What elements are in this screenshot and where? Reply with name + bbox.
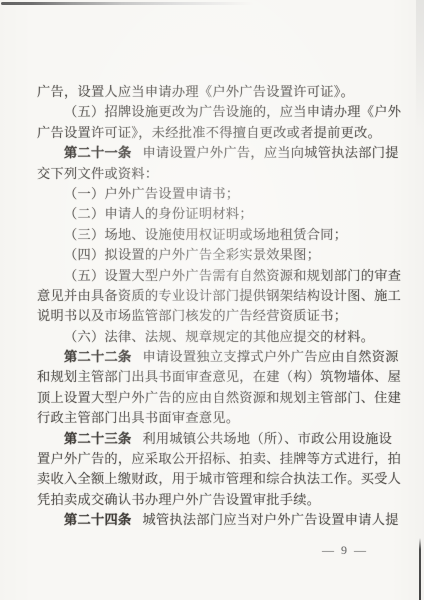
- line-text: 城管执法部门应当对户外广告设置申请人提: [142, 512, 398, 527]
- text-line: 第二十一条申请设置户外广告，应当向城管执法部门提: [37, 143, 397, 163]
- line-text: 交下列文件或资料：: [37, 166, 158, 181]
- text-line: 凭拍卖成交确认书办理户外广告设置审批手续。: [37, 490, 397, 510]
- line-text: （五）招牌设施更改为广告设施的，应当申请办理《户外: [64, 104, 401, 119]
- line-text: （一）户外广告设置申请书；: [64, 186, 239, 201]
- line-text: 意见并由具备资质的专业设计部门提供钢架结构设计图、施工: [37, 288, 401, 303]
- text-line: （五）设置大型户外广告需有自然资源和规划部门的审查: [37, 266, 397, 286]
- scanned-document-page: 广告，设置人应当申请办理《户外广告设置许可证》。（五）招牌设施更改为广告设施的，…: [0, 0, 424, 600]
- line-text: 申请设置户外广告，应当向城管执法部门提: [142, 145, 398, 160]
- text-line: 和规划主管部门出具书面审查意见，在建（构）筑物墙体、屋: [37, 367, 397, 387]
- scan-artifact-top-edge: [1, 2, 253, 5]
- text-line: 第二十二条申请设置独立支撑式户外广告应由自然资源: [37, 347, 397, 367]
- line-text: （三）场地、设施使用权证明或场地租赁合同；: [64, 227, 347, 242]
- document-lines: 广告，设置人应当申请办理《户外广告设置许可证》。（五）招牌设施更改为广告设施的，…: [37, 82, 397, 531]
- line-text: 凭拍卖成交确认书办理户外广告设置审批手续。: [37, 492, 320, 507]
- article-number: 第二十二条: [64, 349, 131, 364]
- line-text: 顶上设置大型户外广告的应由自然资源和规划主管部门、住建: [37, 390, 401, 405]
- text-line: （二）申请人的身份证明材料；: [37, 204, 397, 224]
- article-number: 第二十三条: [64, 431, 131, 446]
- text-line: 交下列文件或资料：: [37, 164, 397, 184]
- line-text: 和规划主管部门出具书面审查意见，在建（构）筑物墙体、屋: [37, 369, 401, 384]
- line-text: （五）设置大型户外广告需有自然资源和规划部门的审查: [64, 268, 401, 283]
- text-line: （六）法律、法规、规章规定的其他应提交的材料。: [37, 327, 397, 347]
- line-text: 置户外广告的，应采取公开招标、拍卖、挂牌等方式进行，拍: [37, 451, 401, 466]
- scan-artifact-right-shade: [416, 0, 424, 130]
- article-number: 第二十四条: [64, 512, 131, 527]
- line-text: 申请设置独立支撑式户外广告应由自然资源: [142, 349, 398, 364]
- line-text: （二）申请人的身份证明材料；: [64, 206, 253, 221]
- line-text: 利用城镇公共场地（所）、市政公用设施设: [142, 431, 392, 446]
- text-line: 卖收入全额上缴财政，用于城市管理和综合执法工作。买受人: [37, 469, 397, 489]
- text-line: （三）场地、设施使用权证明或场地租赁合同；: [37, 225, 397, 245]
- line-text: 卖收入全额上缴财政，用于城市管理和综合执法工作。买受人: [37, 471, 401, 486]
- scan-artifact-right-edge-line: [419, 538, 421, 600]
- text-line: 第二十三条利用城镇公共场地（所）、市政公用设施设: [37, 429, 397, 449]
- text-line: 广告，设置人应当申请办理《户外广告设置许可证》。: [37, 82, 397, 102]
- text-line: 行政主管部门出具书面审查意见。: [37, 408, 397, 428]
- text-line: 说明书以及市场监管部门核发的广告经营资质证书；: [37, 306, 397, 326]
- text-line: 置户外广告的，应采取公开招标、拍卖、挂牌等方式进行，拍: [37, 449, 397, 469]
- page-number: — 9 —: [322, 543, 368, 558]
- line-text: （六）法律、法规、规章规定的其他应提交的材料。: [64, 329, 374, 344]
- text-line: （一）户外广告设置申请书；: [37, 184, 397, 204]
- text-line: 意见并由具备资质的专业设计部门提供钢架结构设计图、施工: [37, 286, 397, 306]
- line-text: 广告，设置人应当申请办理《户外广告设置许可证》。: [37, 84, 354, 99]
- text-line: （五）招牌设施更改为广告设施的，应当申请办理《户外: [37, 102, 397, 122]
- line-text: 行政主管部门出具书面审查意见。: [37, 410, 239, 425]
- text-line: 第二十四条城管执法部门应当对户外广告设置申请人提: [37, 510, 397, 530]
- article-number: 第二十一条: [64, 145, 131, 160]
- line-text: 广告设置许可证》，未经批准不得擅自更改或者提前更改。: [37, 125, 381, 140]
- line-text: （四）拟设置的户外广告全彩实景效果图；: [64, 247, 320, 262]
- text-line: （四）拟设置的户外广告全彩实景效果图；: [37, 245, 397, 265]
- text-line: 顶上设置大型户外广告的应由自然资源和规划主管部门、住建: [37, 388, 397, 408]
- text-line: 广告设置许可证》，未经批准不得擅自更改或者提前更改。: [37, 123, 397, 143]
- line-text: 说明书以及市场监管部门核发的广告经营资质证书；: [37, 308, 347, 323]
